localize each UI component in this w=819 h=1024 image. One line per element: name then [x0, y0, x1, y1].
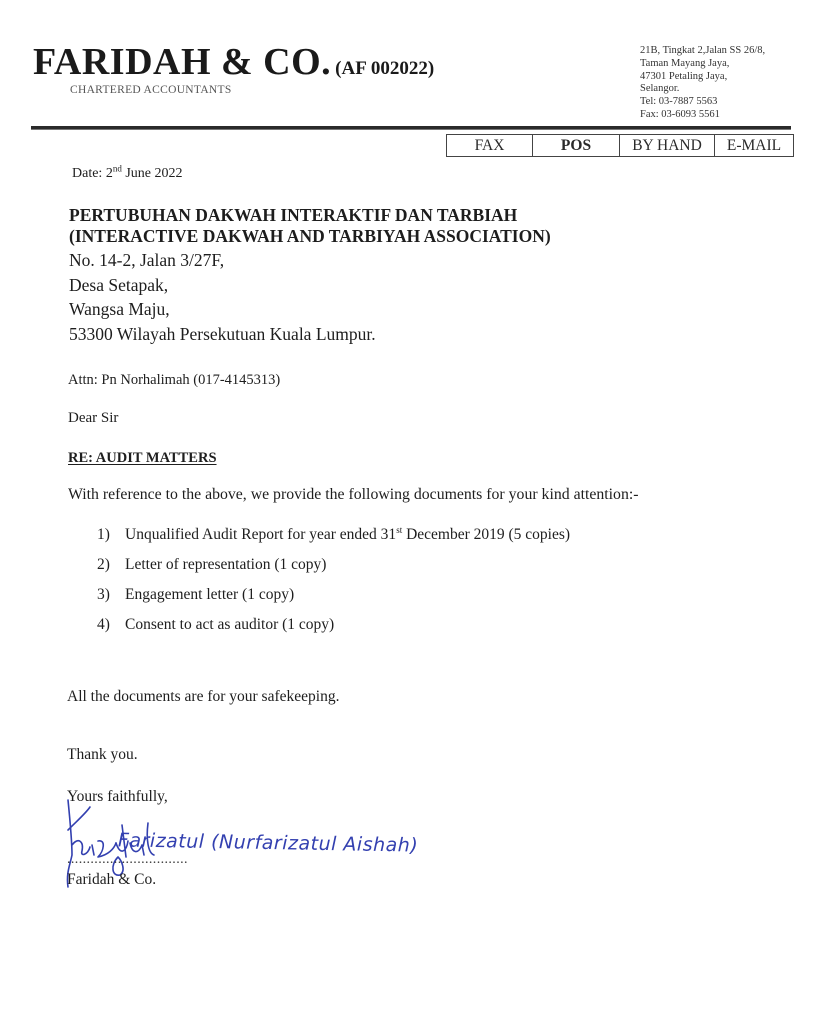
- recipient-address-line: Wangsa Maju,: [69, 297, 376, 322]
- list-item-text: Letter of representation (1 copy): [125, 556, 326, 573]
- list-item-text-rest: December 2019 (5 copies): [402, 526, 570, 543]
- recipient-address-line: 53300 Wilayah Persekutuan Kuala Lumpur.: [69, 322, 376, 347]
- recipient-address-line: Desa Setapak,: [69, 273, 376, 298]
- subject-heading: RE: AUDIT MATTERS: [68, 450, 217, 467]
- recipient-name: PERTUBUHAN DAKWAH INTERAKTIF DAN TARBIAH…: [69, 205, 551, 247]
- firm-fax: Fax: 03-6093 5561: [640, 109, 765, 122]
- list-item-number: 1): [97, 526, 125, 544]
- signatory-firm: Faridah & Co.: [67, 871, 156, 889]
- list-item: 3)Engagement letter (1 copy): [97, 586, 294, 604]
- delivery-email: E-MAIL: [715, 135, 793, 156]
- firm-address-line: 47301 Petaling Jaya,: [640, 71, 765, 84]
- list-item: 4)Consent to act as auditor (1 copy): [97, 616, 334, 634]
- list-item-text: Consent to act as auditor (1 copy): [125, 616, 334, 633]
- recipient-name-line: (INTERACTIVE DAKWAH AND TARBIYAH ASSOCIA…: [69, 226, 551, 247]
- firm-name: FARIDAH & CO.(AF 002022): [33, 40, 434, 84]
- firm-address-line: Selangor.: [640, 83, 765, 96]
- firm-address-line: Taman Mayang Jaya,: [640, 58, 765, 71]
- salutation: Dear Sir: [68, 410, 118, 427]
- recipient-address-line: No. 14-2, Jalan 3/27F,: [69, 248, 376, 273]
- firm-tel: Tel: 03-7887 5563: [640, 96, 765, 109]
- list-item-number: 2): [97, 556, 125, 574]
- closing-note: All the documents are for your safekeepi…: [67, 688, 339, 706]
- recipient-address: No. 14-2, Jalan 3/27F, Desa Setapak, Wan…: [69, 248, 376, 346]
- thank-you: Thank you.: [67, 746, 138, 764]
- firm-name-text: FARIDAH & CO.: [33, 41, 331, 83]
- date-ordinal: nd: [113, 163, 122, 173]
- intro-paragraph: With reference to the above, we provide …: [68, 486, 639, 504]
- firm-registration: (AF 002022): [335, 58, 434, 79]
- letter-date: Date: 2nd June 2022: [72, 166, 183, 182]
- letterhead-divider: [31, 126, 791, 129]
- recipient-name-line: PERTUBUHAN DAKWAH INTERAKTIF DAN TARBIAH: [69, 205, 551, 226]
- signature-line: ...............................: [67, 852, 188, 868]
- list-item-text: Unqualified Audit Report for year ended …: [125, 526, 396, 543]
- list-item-number: 4): [97, 616, 125, 634]
- date-prefix: Date: 2: [72, 166, 113, 181]
- attention-line: Attn: Pn Norhalimah (017-4145313): [68, 372, 280, 389]
- firm-subtitle: CHARTERED ACCOUNTANTS: [70, 84, 232, 96]
- date-rest: June 2022: [122, 166, 183, 181]
- delivery-by-hand: BY HAND: [620, 135, 715, 156]
- list-item-text: Engagement letter (1 copy): [125, 586, 294, 603]
- delivery-pos: POS: [533, 135, 620, 156]
- delivery-fax: FAX: [447, 135, 533, 156]
- list-item: 2)Letter of representation (1 copy): [97, 556, 326, 574]
- list-item-number: 3): [97, 586, 125, 604]
- delivery-method-table: FAX POS BY HAND E-MAIL: [446, 134, 794, 157]
- firm-address: 21B, Tingkat 2,Jalan SS 26/8, Taman Maya…: [640, 45, 765, 122]
- list-item: 1)Unqualified Audit Report for year ende…: [97, 526, 570, 544]
- firm-address-line: 21B, Tingkat 2,Jalan SS 26/8,: [640, 45, 765, 58]
